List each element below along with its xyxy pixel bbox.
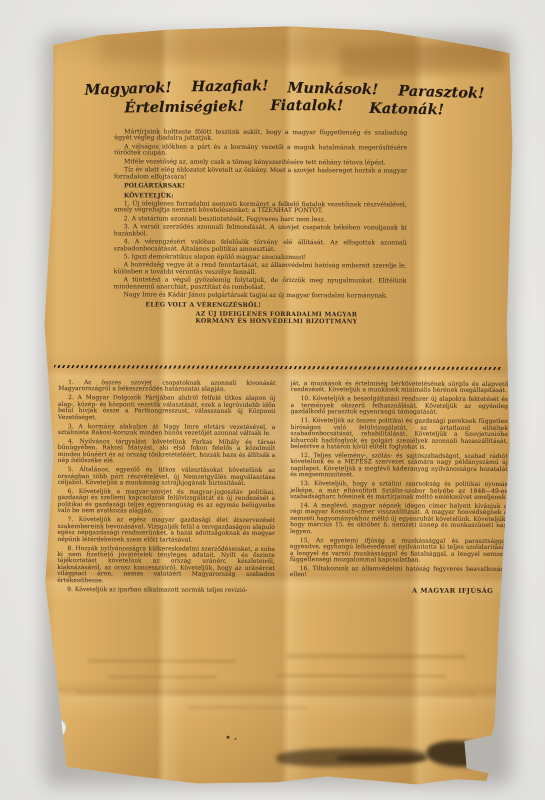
sixteen-points-columns: 1. Az összes szovjet csapatoknak azonnal…	[57, 380, 508, 598]
youth-signature: A MAGYAR IFJÚSÁG	[290, 587, 494, 595]
demands-header: KÖVETELJÜK:	[114, 193, 407, 201]
point-item: 5. Általános, egyenlő és titkos választá…	[58, 467, 276, 487]
salutation-line: POLGÁRTÁRSAK!	[114, 183, 407, 191]
closing-paragraph: A tüntetést a végső győzelemig folytatju…	[113, 278, 406, 292]
headline-word: Katonák!	[369, 100, 444, 119]
point-item: 15. Az egyetemi ifjúság a munkássággal é…	[290, 538, 508, 565]
headline-row-1: Magyarok! Hazafiak! Munkások! Parasztok!	[84, 77, 484, 96]
government-signature: AZ ÚJ IDEIGLENES FORRADALMI MAGYAR KORMÁ…	[171, 311, 381, 326]
ink-showthrough	[277, 674, 447, 678]
headline: Magyarok! Hazafiak! Munkások! Parasztok!…	[84, 77, 484, 115]
ink-speck	[227, 736, 230, 739]
ink-showthrough	[287, 654, 467, 659]
ink-speck	[235, 738, 237, 740]
demand-item: 5. Igazi demokratikus alapon épülő magya…	[114, 254, 407, 262]
point-item: 11. Követeljük az összes politikai és ga…	[290, 418, 508, 451]
intro-paragraph: Mártírjaink holtteste fölött teszünk esk…	[114, 129, 407, 143]
intro-paragraph: A válságos időkben a párt és a kormány v…	[114, 144, 407, 158]
closing-paragraph: Nagy Imre és Kádár János polgártársak ta…	[113, 292, 406, 300]
point-item-continuation: ját, a munkások és értelmiség bérkövetel…	[291, 381, 509, 395]
headline-word: Hazafiak!	[191, 77, 268, 95]
headline-word: Fiatalok!	[270, 97, 343, 114]
point-item: 4. Nyilvános tárgyalást követelünk Farka…	[58, 439, 276, 466]
points-column-right: ját, a munkások és értelmiség bérkövetel…	[290, 381, 508, 598]
point-item: 6. Követeljük a magyar-szovjet és magyar…	[58, 489, 276, 516]
point-item: 10. Követeljük a beszolgáltatási rendsze…	[290, 396, 508, 416]
point-item: 12. Teljes vélemény-, szólás- és sajtósz…	[290, 453, 508, 480]
point-item: 9. Követeljük az iparban alkalmazott nor…	[57, 587, 275, 594]
ink-showthrough	[77, 691, 477, 696]
signature-line-2: KORMÁNY ÉS HONVÉDELMI BIZOTTMÁNY	[171, 318, 381, 326]
bottom-smudge	[336, 754, 426, 762]
point-item: 1. Az összes szovjet csapatoknak azonnal…	[58, 380, 276, 394]
closing-paragraph: A honvédség vegye át a rend fenntartását…	[114, 263, 407, 277]
demand-item: 3. A varsói szerződés azonnali felmondás…	[114, 225, 407, 239]
intro-paragraph: Tíz év alatt elég áldozatot követelt az …	[114, 167, 407, 181]
demand-item: 2. A statárium azonnali beszüntetését. F…	[114, 216, 407, 224]
headline-word: Értelmiségiek!	[125, 98, 245, 117]
point-item: 3. A kormány alakuljon át Nagy Imre elvt…	[58, 424, 276, 438]
bottom-smudge	[276, 747, 426, 767]
point-item: 2. A Magyar Dolgozók Pártjában alulról f…	[58, 395, 276, 422]
leaflet-paper: Magyarok! Hazafiak! Munkások! Parasztok!…	[36, 23, 517, 787]
ink-showthrough	[107, 675, 217, 678]
headline-word: Magyarok!	[84, 79, 172, 99]
headline-word: Parasztok!	[398, 82, 485, 102]
slogan-line: ELÉG VOLT A VÉRENGZÉSBŐL!	[145, 302, 406, 310]
top-right-stain	[339, 42, 505, 77]
point-item: 16. Tiltakozunk az államvédelmi hatóság …	[290, 566, 508, 580]
point-item: 13. Követeljük, hogy a sztálini zsarnoks…	[290, 481, 508, 501]
headline-word: Munkások!	[288, 79, 379, 98]
top-discoloration-band	[99, 37, 499, 65]
ink-showthrough	[87, 659, 237, 663]
point-item: 8. Hozzák nyilvánosságra külkereskedelmi…	[57, 546, 275, 586]
proclamation-body: Mártírjaink holtteste fölött teszünk esk…	[113, 129, 407, 326]
demand-item: 4. A vérengzésért valóban felelősök törv…	[114, 239, 407, 253]
point-item: 7. Követeljük az egész magyar gazdasági …	[57, 517, 275, 544]
intro-paragraph: Miféle vezetőség az, amely csak a tömeg …	[114, 159, 407, 167]
points-column-left: 1. Az összes szovjet csapatoknak azonnal…	[57, 380, 275, 597]
ink-showthrough	[187, 706, 307, 710]
zigzag-divider-rule	[54, 365, 502, 370]
demand-item: 1. Új ideiglenes forradalmi nemzeti korm…	[114, 201, 407, 215]
point-item: 14. A meglévő, magyar népnek idegen címe…	[290, 503, 508, 536]
